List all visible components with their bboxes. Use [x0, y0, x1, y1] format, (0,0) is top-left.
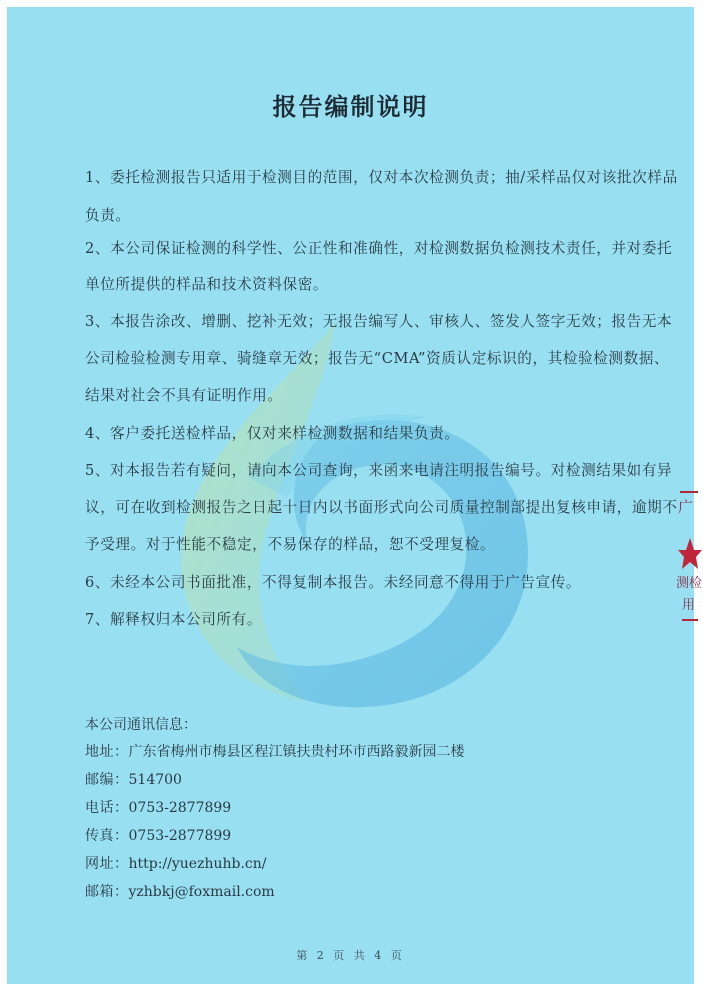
phone-label: 电话：	[85, 800, 129, 816]
clause-6-line-1: 6、未经本公司书面批准，不得复制本报告。未经同意不得用于广告宣传。	[85, 571, 581, 592]
contact-address: 地址：广东省梅州市梅县区程江镇扶贵村环市西路毅新园二楼	[85, 741, 465, 761]
address-value: 广东省梅州市梅县区程江镇扶贵村环市西路毅新园二楼	[129, 744, 465, 760]
fax-label: 传真：	[85, 828, 129, 844]
clause-2-line-2: 单位所提供的样品和技术资料保密。	[85, 273, 328, 294]
clause-5-line-2: 议，可在收到检测报告之日起十日内以书面形式向公司质量控制部提出复核申请，逾期不	[85, 496, 678, 517]
stamp-char-bottom: 用	[682, 594, 695, 613]
contact-fax: 传真：0753-2877899	[85, 825, 231, 845]
contact-phone: 电话：0753-2877899	[85, 797, 231, 817]
clause-5-line-1: 5、对本报告若有疑问，请向本公司查询，来函来电请注明报告编号。对检测结果如有异	[85, 459, 672, 480]
document-page: 报告编制说明 1、委托检测报告只适用于检测目的范围，仅对本次检测负责；抽/采样品…	[7, 7, 694, 984]
email-label: 邮箱：	[85, 884, 129, 900]
contact-email: 邮箱：yzhbkj@foxmail.com	[85, 881, 275, 901]
postcode-value: 514700	[129, 772, 182, 788]
contact-website: 网址：http://yuezhuhb.cn/	[85, 853, 267, 873]
phone-value: 0753-2877899	[129, 800, 232, 816]
clause-4-line-1: 4、客户委托送检样品，仅对来样检测数据和结果负责。	[85, 422, 460, 443]
clause-3-line-2: 公司检验检测专用章、骑缝章无效；报告无“CMA”资质认定标识的，其检验检测数据、	[85, 347, 669, 368]
clause-5-line-3: 予受理。对于性能不稳定，不易保存的样品，恕不受理复检。	[85, 533, 495, 554]
email-link[interactable]: yzhbkj@foxmail.com	[129, 884, 275, 900]
stamp-char-middle: 测检	[676, 572, 702, 591]
page-indicator: 第 2 页 共 4 页	[7, 947, 694, 963]
contact-heading: 本公司通讯信息：	[85, 714, 197, 734]
clause-3-line-1: 3、本报告涂改、增删、挖补无效；无报告编写人、审核人、签发人签字无效；报告无本	[85, 310, 672, 331]
website-label: 网址：	[85, 856, 129, 872]
clause-7-line-1: 7、解释权归本公司所有。	[85, 608, 262, 629]
contact-postcode: 邮编：514700	[85, 769, 182, 789]
address-label: 地址：	[85, 744, 129, 760]
seal-stamp: 广 测检 用	[662, 480, 702, 630]
fax-value: 0753-2877899	[129, 828, 232, 844]
clause-3-line-3: 结果对社会不具有证明作用。	[85, 384, 283, 405]
clause-1-line-2: 负责。	[85, 204, 131, 225]
clause-2-line-1: 2、本公司保证检测的科学性、公正性和准确性，对检测数据负检测技术责任，并对委托	[85, 237, 672, 258]
website-link[interactable]: http://yuezhuhb.cn/	[129, 856, 267, 872]
page-title: 报告编制说明	[7, 87, 694, 122]
stamp-char-top: 广	[678, 496, 693, 517]
postcode-label: 邮编：	[85, 772, 129, 788]
clause-1-line-1: 1、委托检测报告只适用于检测目的范围，仅对本次检测负责；抽/采样品仅对该批次样品	[85, 166, 678, 187]
